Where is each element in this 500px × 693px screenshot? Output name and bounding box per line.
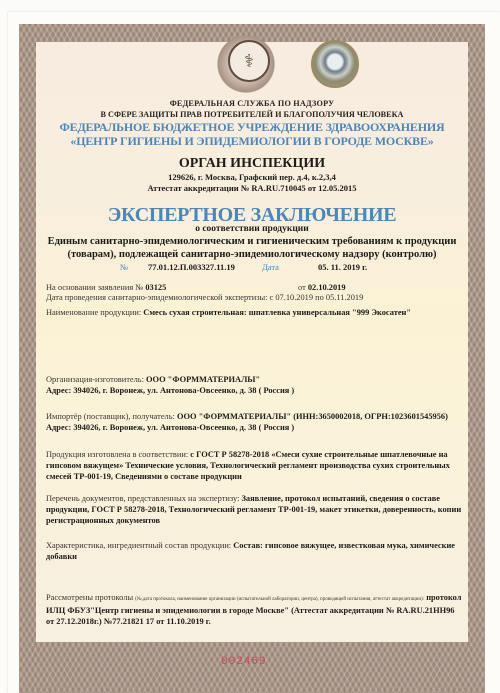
institution-line-1: ФЕДЕРАЛЬНОЕ БЮДЖЕТНОЕ УЧРЕЖДЕНИЕ ЗДРАВОО… [40,120,464,134]
document-date: 05. 11. 2019 г. [318,262,367,272]
organ-address: 129626, г. Москва, Графский пер. д.4, к.… [40,172,464,183]
rospotrebnadzor-emblem-icon: ⚕ [228,40,270,82]
product-name-label: Наименование продукции: [46,308,141,317]
production-standard-label: Продукция изготовлена в соответствии: [46,450,188,459]
manufacturer-address: Адрес: 394026, г. Воронеж, ул. Антонова-… [46,385,464,396]
product-name-row: Наименование продукции: Смесь сухая стро… [46,307,464,318]
serial-number: 002469 [221,656,267,668]
production-standard-block: Продукция изготовлена в соответствии: с … [46,449,464,482]
date-label: Дата [262,262,279,272]
subject-line-2: (товарам), подлежащей санитарно-эпидемио… [30,248,474,261]
manufacturer-name: ООО "ФОРММАТЕРИАЛЫ" [146,375,260,384]
documents-label: Перечень документов, представленных на э… [46,494,239,503]
manufacturer-label: Организация-изготовитель: [46,375,144,384]
application-number: 03125 [145,283,166,292]
institution-line-2: «ЦЕНТР ГИГИЕНЫ И ЭПИДЕМИОЛОГИИ В ГОРОДЕ … [40,134,464,148]
application-label: На основании заявления № [46,283,143,292]
application-date-label: от [298,283,306,292]
documents-block: Перечень документов, представленных на э… [46,493,464,526]
manufacturer-block: Организация-изготовитель: ООО "ФОРММАТЕР… [46,374,464,396]
expertise-period: Дата проведения санитарно-эпидемиологиче… [46,292,464,303]
importer-label: Импортёр (поставщик), получатель: [46,412,175,421]
product-name: Смесь сухая строительная: шпатлевка унив… [143,308,411,317]
organ-accreditation: Аттестат аккредитации № RA.RU.710045 от … [40,183,464,194]
document-number: 77.01.12.П.003327.11.19 [148,262,235,272]
document-subtitle: о соответствии продукции [40,224,464,235]
importer-block: Импортёр (поставщик), получатель: ООО "Ф… [46,411,464,433]
protocols-label: Рассмотрены протоколы [46,593,133,602]
agency-line-2: В СФЕРЕ ЗАЩИТЫ ПРАВ ПОТРЕБИТЕЛЕЙ И БЛАГО… [40,109,464,120]
importer-name: ООО "ФОРММАТЕРИАЛЫ" (ИНН:3650002018, ОГР… [177,412,448,421]
protocols-note: (№,дата протокола, наименование организа… [135,597,424,602]
number-date-row: № 77.01.12.П.003327.11.19 Дата 05. 11. 2… [40,262,464,275]
agency-line-1: ФЕДЕРАЛЬНАЯ СЛУЖБА ПО НАДЗОРУ [40,98,464,109]
number-label: № [120,262,128,272]
hologram-seal-icon [311,40,359,88]
importer-address: Адрес: 394026, г. Воронеж, ул. Антонова-… [46,422,464,433]
document-title: ЭКСПЕРТНОЕ ЗАКЛЮЧЕНИЕ [40,206,464,224]
organ-title: ОРГАН ИНСПЕКЦИИ [40,156,464,172]
certificate-content: ФЕДЕРАЛЬНАЯ СЛУЖБА ПО НАДЗОРУ В СФЕРЕ ЗА… [40,98,464,275]
composition-label: Характеристика, ингредиентный состав про… [46,541,231,550]
subject-line-1: Единым санитарно-эпидемиологическим и ги… [30,235,474,248]
composition-block: Характеристика, ингредиентный состав про… [46,540,464,562]
protocols-block: Рассмотрены протоколы (№,дата протокола,… [46,592,464,627]
application-date: 02.10.2019 [308,283,346,292]
